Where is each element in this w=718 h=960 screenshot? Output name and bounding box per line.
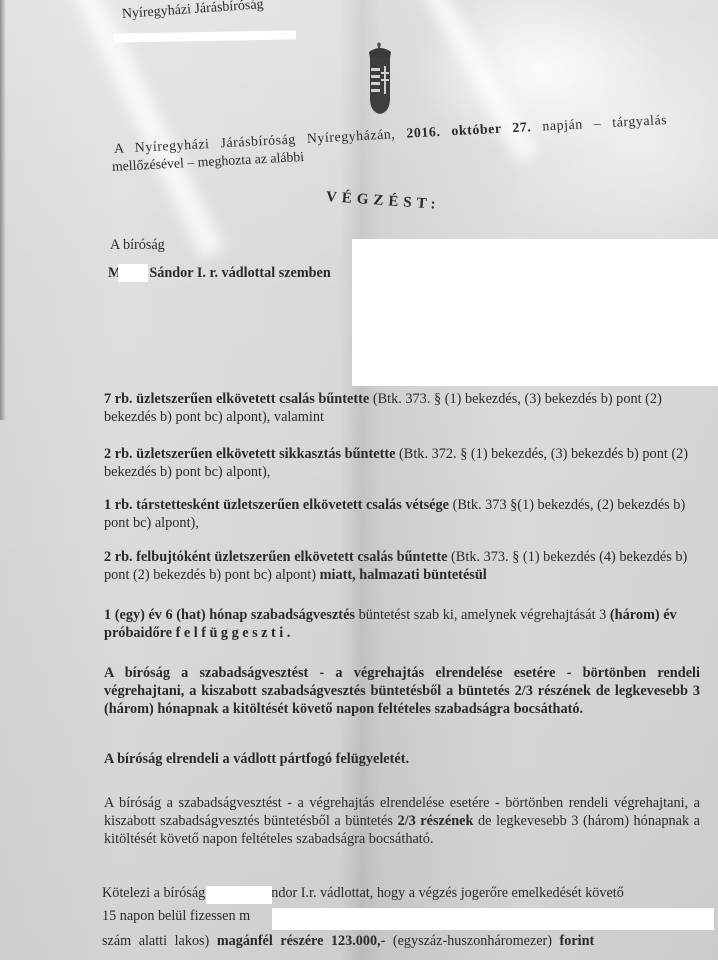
obligation-line-2: 15 napon belül fizessen m — [102, 907, 250, 925]
payment-currency: forint — [560, 933, 595, 949]
release-fraction: 2/3 részének — [397, 813, 473, 829]
redaction-box — [206, 886, 272, 904]
probation-order: A bíróság elrendeli a vádlott pártfogó f… — [104, 750, 700, 768]
obligation-text: ndor I.r. vádlottat, hogy a végzés joger… — [271, 885, 624, 901]
court-name: Nyíregyházi Járásbíróság — [121, 0, 264, 24]
court-label: A bíróság — [110, 236, 165, 254]
redaction-box — [272, 908, 714, 930]
charge-title: 7 rb. üzletszerűen elkövetett csalás bűn… — [104, 391, 369, 407]
intro-text: napján – tárgyalás — [542, 112, 668, 134]
suspension-word: felfüggeszti — [176, 625, 287, 641]
redaction-box — [114, 30, 296, 42]
defendant-text: Sándor I. r. vádlottal szemben — [149, 265, 330, 281]
charge-item: 1 rb. társtettesként üzletszerűen elköve… — [104, 496, 700, 532]
page-edge-shadow — [0, 0, 6, 420]
sentence-text: büntetést szab ki, amelynek végrehajtásá… — [359, 607, 607, 623]
payment-amount-words: (egyszáz-huszonháromezer) — [393, 933, 552, 949]
payment-amount: magánfél részére 123.000,- — [217, 933, 385, 949]
charge-title: 2 rb. üzletszerűen elkövetett sikkasztás… — [104, 446, 395, 462]
charge-conclusion: miatt, halmazati büntetésül — [320, 567, 487, 583]
sentence-end: . — [287, 625, 291, 641]
document-heading: VÉGZÉST: — [325, 188, 441, 214]
document-photo: Nyíregyházi Járásbíróság A Nyíregyházi J… — [0, 0, 718, 960]
redaction-box — [118, 264, 148, 282]
charge-item: 7 rb. üzletszerűen elkövetett csalás bűn… — [104, 390, 700, 426]
charge-title: 2 rb. felbujtóként üzletszerűen elkövete… — [104, 549, 447, 565]
sentence-term: 1 (egy) év 6 (hat) hónap szabadságveszté… — [104, 607, 355, 623]
obligation-text: szám alatti lakos) — [102, 933, 209, 949]
charge-item: 2 rb. üzletszerűen elkövetett sikkasztás… — [104, 445, 700, 481]
redaction-box — [352, 239, 718, 386]
release-paragraph: A bíróság a szabadságvesztést - a végreh… — [104, 794, 700, 848]
obligation-line-1: Kötelezi a bíróságndor I.r. vádlottat, h… — [102, 884, 624, 902]
sentence-paragraph: 1 (egy) év 6 (hat) hónap szabadságveszté… — [104, 606, 700, 642]
release-paragraph-bold: A bíróság a szabadságvesztést - a végreh… — [104, 664, 700, 718]
obligation-text: Kötelezi a bíróság — [102, 885, 205, 901]
intro-line-1: A Nyíregyházi Járásbíróság Nyíregyházán,… — [114, 111, 668, 158]
hungarian-coat-of-arms-icon — [366, 42, 394, 116]
charge-item: 2 rb. felbujtóként üzletszerűen elkövete… — [104, 548, 700, 584]
obligation-line-3: szám alatti lakos) magánfél részére 123.… — [102, 932, 594, 950]
charge-title: 1 rb. társtettesként üzletszerűen elköve… — [104, 497, 449, 513]
